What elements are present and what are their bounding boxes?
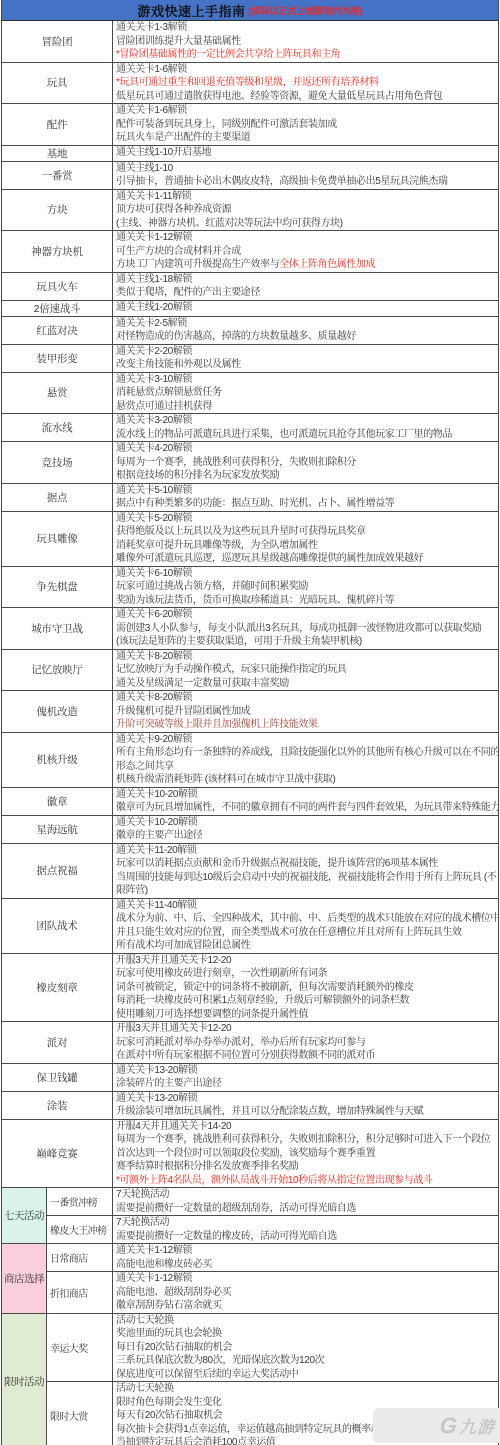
section-rows: 七天活动一番赏冲榜7天轮换活动需要提前攒好一定数量的超级刮刮券，活动可得光暗自选… (2, 1187, 498, 1445)
desc-line: 消耗悬赏点解锁悬赏任务 (113, 386, 498, 400)
desc-line: 顶方块可获得各种养成资源 (113, 203, 498, 217)
section-label: 商店选择 (2, 1244, 47, 1313)
desc-line: 需要提前攒好一定数量的超级刮刮券，活动可得光暗自选 (113, 1202, 498, 1216)
desc-line: 冒险团训练提升大量基础属性 (113, 35, 498, 49)
desc-line: 机核升级需消耗矩阵 (该材料可在城市守卫战中获取) (113, 773, 498, 787)
desc-line: 徽章刮刮券钻石富余就买 (113, 1299, 498, 1313)
desc-line: 通关关卡6-10解锁 (113, 567, 498, 581)
desc-line: 通关关卡13-20解锁 (113, 1064, 498, 1078)
table-row: 记忆放映厅通关关卡8-20解锁记忆放映厅为手动操作模式，玩家只能操作指定的玩具通… (2, 649, 498, 691)
watermark: G 九游 (373, 1408, 500, 1443)
desc-line: 每消耗一块橡皮砖可积累1点刻章经验，升级后可解锁额外的词条栏数 (113, 994, 498, 1008)
desc-line: 高能电池、超级刮刮券必买 (113, 1286, 498, 1300)
table-row: 涂装通关关卡13-20解锁升级涂装可增加玩具属性，并且可以分配涂装点数，增加特殊… (2, 1091, 498, 1119)
row-description: 开服3天并且通关关卡12-20玩家可使用橡皮砖进行刻章，一次性刷新所有词条词条可… (113, 954, 498, 1022)
row-description: 通关关卡10-20解锁徽章的主要产出途径 (113, 816, 498, 843)
desc-line: 升阶可突破等级上限并且加强傀机上阵技能效果 (113, 718, 498, 732)
section-label: 限时活动 (2, 1314, 47, 1445)
row-description: 开服3天并且通关关卡12-20玩家可消耗派对举办券举办派对，举办后所有玩家均可参… (113, 1022, 498, 1063)
subrow-description: 7天轮换活动需要提前攒好一定数量的超级刮刮券，活动可得光暗自选 (113, 1188, 498, 1215)
desc-line: 类似于爬塔，配件的产出主要途径 (113, 286, 498, 300)
table-row: 团队战术通关关卡11-40解锁战术分为前、中、后、全四种战术，其中前、中、后类型… (2, 898, 498, 953)
row-description: 通关关卡1-3解锁冒险团训练提升大量基础属性*冒险团基础属性的一定比例会共享给上… (113, 21, 498, 62)
desc-line: 开服3天并且通关关卡12-20 (113, 1022, 498, 1036)
sub-row: 幸运大奖活动七天轮换奖池里面的玩具也会轮换每日有20次钻石抽取的机会三系玩具保底… (47, 1314, 498, 1382)
row-description: 通关关卡6-10解锁玩家可通过挑战占领方格，并随时间积累奖励奖励为该玩法货币，货… (113, 567, 498, 608)
desc-line: 通关关卡3-20解锁 (113, 414, 498, 428)
table-row: 保卫钱罐通关关卡13-20解锁涂装碎片的主要产出途径 (2, 1063, 498, 1091)
row-label: 傀机改造 (2, 691, 113, 732)
row-label: 冒险团 (2, 21, 113, 62)
subrow-label: 橡皮大王冲榜 (47, 1216, 113, 1243)
subrow-label: 折扣商店 (47, 1272, 113, 1313)
table-row: 方块通关关卡1-11解锁顶方块可获得各种养成资源 (主线、神器方块机、红蓝对决等… (2, 189, 498, 231)
sub-row: 一番赏冲榜7天轮换活动需要提前攒好一定数量的超级刮刮券，活动可得光暗自选 (47, 1188, 498, 1215)
desc-line: 活动七天轮换 (113, 1314, 498, 1328)
table-row: 傀机改造通关关卡8-20解锁升级傀机可提升冒险团属性加成升阶可突破等级上限并且加… (2, 690, 498, 732)
row-label: 玩具 (2, 63, 113, 104)
row-description: 通关主线1-18解锁类似于爬塔，配件的产出主要途径 (113, 273, 498, 300)
desc-line: 限时角色每期会发生变化 (113, 1396, 498, 1410)
row-label: 方块 (2, 190, 113, 231)
desc-line: 通关关卡1-11解锁 (113, 190, 498, 204)
title-disclaimer: (实际以正式上线游戏内为准) (249, 4, 363, 17)
desc-line: 通关关卡1-12解锁 (113, 231, 498, 245)
desc-line: 悬赏点可通过挂机获得 (113, 400, 498, 414)
desc-line: 通关关卡3-10解锁 (113, 373, 498, 387)
desc-line: 流水线上的物品可派遣玩具进行采集，也可派遣玩具抢夺其他玩家工厂里的物品 (113, 428, 498, 442)
desc-line: 通关关卡1-3解锁 (113, 21, 498, 35)
subrow-label: 日常商店 (47, 1244, 113, 1271)
desc-line: 通关关卡13-20解锁 (113, 1092, 498, 1106)
page-title: 游戏快速上手指南 (137, 1, 245, 20)
desc-line: 据点中有种类繁多的功能：据点互助、时光机、占卜、属性增益等 (113, 497, 498, 511)
row-description: 通关关卡8-20解锁升级傀机可提升冒险团属性加成升阶可突破等级上限并且加强傀机上… (113, 691, 498, 732)
table-row: 流水线通关关卡3-20解锁流水线上的物品可派遣玩具进行采集，也可派遣玩具抢夺其他… (2, 413, 498, 441)
row-label: 基地 (2, 146, 113, 161)
row-description: 通关主线1-20解锁 (113, 301, 498, 316)
row-description: 通关关卡5-20解锁获得绝版及以上玩具以及为这些玩具升星时可获得玩具奖章消耗奖章… (113, 512, 498, 566)
table-row: 悬赏通关关卡3-10解锁消耗悬赏点解锁悬赏任务悬赏点可通过挂机获得 (2, 372, 498, 414)
subrow-label: 一番赏冲榜 (47, 1188, 113, 1215)
desc-line: 通关主线1-18解锁 (113, 273, 498, 287)
desc-line: 雕像外可派遣玩具巡逻，巡逻玩具星级越高雕像提供的属性加成效果越好 (113, 552, 498, 566)
row-label: 红蓝对决 (2, 317, 113, 344)
row-label: 橡皮刻章 (2, 954, 113, 1022)
row-description: 通关关卡2-20解锁改变主角技能和外观以及属性 (113, 345, 498, 372)
table-row: 红蓝对决通关关卡2-5解锁对怪物造成的伤害越高，掉落的方块数量越多、质量越好 (2, 316, 498, 344)
desc-line: 可生产方块的合成材料并合成 (113, 245, 498, 259)
desc-line: 通关关卡9-20解锁 (113, 733, 498, 747)
table-row: 巅峰竞赛开服4天并且通关关卡14-20每周为一个赛季，挑战胜利可获得积分，失败则… (2, 1119, 498, 1188)
desc-line: 玩家可以消耗据点贡献和金币升级据点祝福技能，提升该阵营的6项基本属性 (113, 857, 498, 871)
desc-line: 玩家可消耗派对举办券举办派对，举办后所有玩家均可参与 (113, 1036, 498, 1050)
section: 七天活动一番赏冲榜7天轮换活动需要提前攒好一定数量的超级刮刮券，活动可得光暗自选… (2, 1187, 498, 1243)
desc-line: 玩家可使用橡皮砖进行刻章，一次性刷新所有词条 (113, 967, 498, 981)
desc-line: 限阵营) (113, 884, 498, 898)
desc-line: 徽章的主要产出途径 (113, 829, 498, 843)
desc-line: 通关关卡6-20解锁 (113, 608, 498, 622)
desc-line: 获得绝版及以上玩具以及为这些玩具升星时可获得玩具奖章 (113, 525, 498, 539)
subrow-description: 活动七天轮换奖池里面的玩具也会轮换每日有20次钻石抽取的机会三系玩具保底次数为8… (113, 1314, 498, 1382)
desc-line: *冒险团基础属性的一定比例会共享给上阵玩具和主角 (113, 48, 498, 62)
desc-line: 当周围的技能每到达10级后会启动中央的祝福技能，祝福技能将会作用于所有上阵玩具 … (113, 871, 498, 885)
section-body: 一番赏冲榜7天轮换活动需要提前攒好一定数量的超级刮刮券，活动可得光暗自选橡皮大王… (47, 1188, 498, 1243)
desc-line: 通关关卡1-12解锁 (113, 1272, 498, 1286)
desc-line: 通关关卡11-20解锁 (113, 844, 498, 858)
desc-line: 升级涂装可增加玩具属性，并且可以分配涂装点数，增加特殊属性与天赋 (113, 1105, 498, 1119)
sub-row: 折扣商店通关关卡1-12解锁高能电池、超级刮刮券必买徽章刮刮券钻石富余就买 (47, 1271, 498, 1313)
row-label: 竞技场 (2, 442, 113, 483)
row-description: 开服4天并且通关关卡14-20每周为一个赛季，挑战胜利可获得积分，失败则扣除积分… (113, 1120, 498, 1188)
desc-line: 通关关卡5-20解锁 (113, 512, 498, 526)
row-description: 通关关卡10-20解锁徽章可为玩具增加属性，不同的徽章拥有不同的两件套与四件套效… (113, 788, 498, 815)
table-row: 一番赏通关主线1-10引导抽卡，普通抽卡必出木偶皮皮特，高级抽卡免费单抽必出5星… (2, 161, 498, 189)
row-label: 一番赏 (2, 162, 113, 189)
table-row: 2倍速战斗通关主线1-20解锁 (2, 300, 498, 316)
table-row: 橡皮刻章开服3天并且通关关卡12-20玩家可使用橡皮砖进行刻章，一次性刷新所有词… (2, 953, 498, 1022)
row-label: 派对 (2, 1022, 113, 1063)
row-description: 通关关卡1-6解锁*玩具可通过重生和回退充值等级和星级，并返还所有培养材料低星玩… (113, 63, 498, 104)
desc-line: 通关关卡1-6解锁 (113, 63, 498, 77)
row-label: 城市守卫战 (2, 608, 113, 649)
table-row: 星海远航通关关卡10-20解锁徽章的主要产出途径 (2, 815, 498, 843)
desc-line: 需创建3人小队参与，每支小队派出3名玩具，每成功抵御一波怪物进攻都可以获取奖励 (113, 622, 498, 636)
desc-line: 开服4天并且通关关卡14-20 (113, 1120, 498, 1134)
desc-line: 消耗奖章可提升玩具雕像等级，为全队增加属性 (113, 539, 498, 553)
row-description: 通关主线1-10开启基地 (113, 146, 498, 161)
row-description: 通关关卡5-10解锁据点中有种类繁多的功能：据点互助、时光机、占卜、属性增益等 (113, 484, 498, 511)
desc-line: 通关关卡1-12解锁 (113, 1244, 498, 1258)
guide-table: 游戏快速上手指南 (实际以正式上线游戏内为准) 冒险团通关关卡1-3解锁冒险团训… (1, 0, 499, 1445)
table-row: 神器方块机通关关卡1-12解锁可生产方块的合成材料并合成方块工厂内建筑可升级提高… (2, 230, 498, 272)
row-description: 通关关卡8-20解锁记忆放映厅为手动操作模式，玩家只能操作指定的玩具通关及星级满… (113, 650, 498, 691)
desc-line: 升级傀机可提升冒险团属性加成 (113, 705, 498, 719)
sub-row: 日常商店通关关卡1-12解锁高能电池和橡皮砖必买 (47, 1244, 498, 1271)
row-label: 争先棋盘 (2, 567, 113, 608)
row-label: 2倍速战斗 (2, 301, 113, 316)
row-label: 据点 (2, 484, 113, 511)
section: 商店选择日常商店通关关卡1-12解锁高能电池和橡皮砖必买折扣商店通关关卡1-12… (2, 1243, 498, 1313)
row-description: 通关关卡3-20解锁流水线上的物品可派遣玩具进行采集，也可派遣玩具抢夺其他玩家工… (113, 414, 498, 441)
row-description: 通关关卡3-10解锁消耗悬赏点解锁悬赏任务悬赏点可通过挂机获得 (113, 373, 498, 414)
table-row: 竞技场通关关卡4-20解锁每周为一个赛季，挑战胜利可获得积分，失败则扣除积分根据… (2, 441, 498, 483)
row-label: 巅峰竞赛 (2, 1120, 113, 1188)
desc-line: 通关关卡5-10解锁 (113, 484, 498, 498)
desc-line: 对怪物造成的伤害越高，掉落的方块数量越多、质量越好 (113, 330, 498, 344)
desc-line: 保底进度可以保留至后续的幸运大奖活动中 (113, 1368, 498, 1382)
subrow-description: 通关关卡1-12解锁高能电池、超级刮刮券必买徽章刮刮券钻石富余就买 (113, 1272, 498, 1313)
table-row: 玩具火车通关主线1-18解锁类似于爬塔，配件的产出主要途径 (2, 272, 498, 300)
desc-highlight: 全体上阵角色属性加成 (279, 259, 375, 270)
table-row: 城市守卫战通关关卡6-20解锁需创建3人小队参与，每支小队派出3名玩具，每成功抵… (2, 607, 498, 649)
nine-game-logo-icon: G (437, 1413, 460, 1439)
desc-line: 通关主线1-10 (113, 162, 498, 176)
desc-line: 开服3天并且通关关卡12-20 (113, 954, 498, 968)
row-label: 配件 (2, 104, 113, 145)
desc-line: 活动七天轮换 (113, 1382, 498, 1396)
desc-line: 引导抽卡，普通抽卡必出木偶皮皮特，高级抽卡免费单抽必出5星玩具浣熊杰瑞 (113, 175, 498, 189)
desc-line: 需要提前攒好一定数量的橡皮砖，活动可得光暗自选 (113, 1230, 498, 1244)
desc-line: 玩具火车是产出配件的主要渠道 (113, 131, 498, 145)
desc-line: 每日有20次钻石抽取的机会 (113, 1341, 498, 1355)
row-label: 悬赏 (2, 373, 113, 414)
table-row: 据点祝福通关关卡11-20解锁玩家可以消耗据点贡献和金币升级据点祝福技能，提升该… (2, 843, 498, 898)
desc-line: 徽章可为玩具增加属性，不同的徽章拥有不同的两件套与四件套效果，为玩具带来特殊能力 (113, 801, 498, 815)
subrow-description: 通关关卡1-12解锁高能电池和橡皮砖必买 (113, 1244, 498, 1271)
row-label: 装甲形变 (2, 345, 113, 372)
desc-segment: 方块工厂内建筑可升级提高生产效率与 (116, 259, 279, 270)
table-row: 冒险团通关关卡1-3解锁冒险团训练提升大量基础属性*冒险团基础属性的一定比例会共… (2, 21, 498, 62)
row-description: 通关关卡11-20解锁玩家可以消耗据点贡献和金币升级据点祝福技能，提升该阵营的6… (113, 844, 498, 898)
desc-line: 奖励为该玩法货币，货币可换取珍稀道具：光暗玩具、傀机碎片等 (113, 594, 498, 608)
desc-line: 方块工厂内建筑可升级提高生产效率与全体上阵角色属性加成 (113, 258, 498, 272)
desc-line: 根据竞技场的积分排名为玩家发放奖励 (113, 469, 498, 483)
desc-line: 词条可被锁定，锁定中的词条将不被刷新，但每次需要消耗额外的橡皮 (113, 981, 498, 995)
table-row: 徽章通关关卡10-20解锁徽章可为玩具增加属性，不同的徽章拥有不同的两件套与四件… (2, 787, 498, 815)
section-body: 日常商店通关关卡1-12解锁高能电池和橡皮砖必买折扣商店通关关卡1-12解锁高能… (47, 1244, 498, 1313)
row-label: 星海远航 (2, 816, 113, 843)
row-description: 通关关卡11-40解锁战术分为前、中、后、全四种战术，其中前、中、后类型的战术只… (113, 899, 498, 953)
nine-game-logo-text: 九游 (459, 1413, 495, 1438)
desc-line: 在派对中所有玩家根据不同位置可分别获得数额不同的派对币 (113, 1049, 498, 1063)
desc-line: 通关关卡1-6解锁 (113, 104, 498, 118)
desc-line: 高能电池和橡皮砖必买 (113, 1258, 498, 1272)
row-label: 据点祝福 (2, 844, 113, 898)
desc-line: 通关关卡11-40解锁 (113, 899, 498, 913)
table-row: 争先棋盘通关关卡6-10解锁玩家可通过挑战占领方格，并随时间积累奖励奖励为该玩法… (2, 566, 498, 608)
row-description: 通关关卡1-6解锁配件可装备到玩具身上，同级别配件可激活套装加成玩具火车是产出配… (113, 104, 498, 145)
desc-line: 所有主角形态均有一条独特的养成线，且除技能强化以外的其他所有核心升级可以在不同的 (113, 746, 498, 760)
subrow-label: 限时大赏 (47, 1382, 113, 1445)
table-row: 装甲形变通关关卡2-20解锁改变主角技能和外观以及属性 (2, 344, 498, 372)
row-description: 通关关卡1-11解锁顶方块可获得各种养成资源 (主线、神器方块机、红蓝对决等玩法… (113, 190, 498, 231)
row-description: 通关主线1-10引导抽卡，普通抽卡必出木偶皮皮特，高级抽卡免费单抽必出5星玩具浣… (113, 162, 498, 189)
row-label: 保卫钱罐 (2, 1064, 113, 1091)
desc-line: 玩家可通过挑战占领方格，并随时间积累奖励 (113, 580, 498, 594)
subrow-label: 幸运大奖 (47, 1314, 113, 1382)
desc-line: 通关关卡4-20解锁 (113, 442, 498, 456)
desc-line: 三系玩具保底次数为80次，光暗保底次数为120次 (113, 1354, 498, 1368)
row-description: 通关关卡13-20解锁涂装碎片的主要产出途径 (113, 1064, 498, 1091)
desc-line: 低星玩具可通过遣散获得电池、经验等资源，避免大量低星玩具占用角色背包 (113, 90, 498, 104)
desc-line: 7天轮换活动 (113, 1216, 498, 1230)
table-row: 玩具通关关卡1-6解锁*玩具可通过重生和回退充值等级和星级，并返还所有培养材料低… (2, 62, 498, 104)
desc-line: 通关关卡8-20解锁 (113, 691, 498, 705)
table-row: 基地通关主线1-10开启基地 (2, 145, 498, 161)
desc-line: (该玩法是矩阵的主要获取渠道，可用于升级主角装甲机核) (113, 635, 498, 649)
desc-line: 通关关卡2-20解锁 (113, 345, 498, 359)
desc-line: 并且只能生效对应的位置，而全类型战术可放在任意槽位并且对所有上阵玩具生效 (113, 926, 498, 940)
row-label: 记忆放映厅 (2, 650, 113, 691)
desc-line: 通关关卡10-20解锁 (113, 788, 498, 802)
desc-line: 7天轮换活动 (113, 1188, 498, 1202)
desc-line: 配件可装备到玩具身上，同级别配件可激活套装加成 (113, 118, 498, 132)
row-description: 通关关卡6-20解锁需创建3人小队参与，每支小队派出3名玩具，每成功抵御一波怪物… (113, 608, 498, 649)
sub-row: 橡皮大王冲榜7天轮换活动需要提前攒好一定数量的橡皮砖，活动可得光暗自选 (47, 1215, 498, 1243)
desc-line: 所有战术均可加成冒险团总属性 (113, 939, 498, 953)
row-label: 机核升级 (2, 733, 113, 787)
row-description: 通关关卡2-5解锁对怪物造成的伤害越高，掉落的方块数量越多、质量越好 (113, 317, 498, 344)
desc-line: (主线、神器方块机、红蓝对决等玩法中均可获得方块) (113, 217, 498, 231)
desc-line: 通关关卡10-20解锁 (113, 816, 498, 830)
desc-line: 通关关卡2-5解锁 (113, 317, 498, 331)
desc-line: 通关主线1-20解锁 (113, 301, 498, 315)
guide-sheet: 游戏快速上手指南 (实际以正式上线游戏内为准) 冒险团通关关卡1-3解锁冒险团训… (0, 0, 500, 1445)
row-label: 涂装 (2, 1092, 113, 1119)
desc-line: 通关及星级满足一定数量可获取丰富奖励 (113, 677, 498, 691)
row-label: 团队战术 (2, 899, 113, 953)
row-description: 通关关卡9-20解锁所有主角形态均有一条独特的养成线，且除技能强化以外的其他所有… (113, 733, 498, 787)
row-description: 通关关卡13-20解锁升级涂装可增加玩具属性，并且可以分配涂装点数，增加特殊属性… (113, 1092, 498, 1119)
table-row: 配件通关关卡1-6解锁配件可装备到玩具身上，同级别配件可激活套装加成玩具火车是产… (2, 103, 498, 145)
row-description: 通关关卡1-12解锁可生产方块的合成材料并合成方块工厂内建筑可升级提高生产效率与… (113, 231, 498, 272)
subrow-description: 7天轮换活动需要提前攒好一定数量的橡皮砖，活动可得光暗自选 (113, 1216, 498, 1243)
feature-rows: 冒险团通关关卡1-3解锁冒险团训练提升大量基础属性*冒险团基础属性的一定比例会共… (2, 21, 498, 1187)
desc-line: 涂装碎片的主要产出途径 (113, 1077, 498, 1091)
desc-line: 形态之间共享 (113, 760, 498, 774)
table-row: 机核升级通关关卡9-20解锁所有主角形态均有一条独特的养成线，且除技能强化以外的… (2, 732, 498, 787)
section-label: 七天活动 (2, 1188, 47, 1243)
row-label: 神器方块机 (2, 231, 113, 272)
desc-line: 改变主角技能和外观以及属性 (113, 358, 498, 372)
desc-line: *玩具可通过重生和回退充值等级和星级，并返还所有培养材料 (113, 76, 498, 90)
table-row: 据点通关关卡5-10解锁据点中有种类繁多的功能：据点互助、时光机、占卜、属性增益… (2, 483, 498, 511)
row-label: 玩具雕像 (2, 512, 113, 566)
desc-line: 赛季结算时根据积分排名发放赛季排名奖励 (113, 1160, 498, 1174)
desc-line: 每周为一个赛季，挑战胜利可获得积分，失败则扣除积分 (113, 456, 498, 470)
row-label: 流水线 (2, 414, 113, 441)
desc-line: 记忆放映厅为手动操作模式，玩家只能操作指定的玩具 (113, 663, 498, 677)
table-row: 玩具雕像通关关卡5-20解锁获得绝版及以上玩具以及为这些玩具升星时可获得玩具奖章… (2, 511, 498, 566)
table-row: 派对开服3天并且通关关卡12-20玩家可消耗派对举办券举办派对，举办后所有玩家均… (2, 1021, 498, 1063)
desc-line: 战术分为前、中、后、全四种战术，其中前、中、后类型的战术只能放在对应的战术槽位中 (113, 912, 498, 926)
desc-line: 通关主线1-10开启基地 (113, 146, 498, 160)
row-description: 通关关卡4-20解锁每周为一个赛季，挑战胜利可获得积分，失败则扣除积分根据竞技场… (113, 442, 498, 483)
row-label: 徽章 (2, 788, 113, 815)
desc-line: *可额外上阵4名队员，额外队员战斗开始10秒后将从指定位置出现参与战斗 (113, 1174, 498, 1188)
row-label: 玩具火车 (2, 273, 113, 300)
desc-line: 使用雕刻刀可选择想要调整的词条提升属性值 (113, 1008, 498, 1022)
desc-line: 每周为一个赛季，挑战胜利可获得积分，失败则扣除积分，积分足够时可进入下一个段位 (113, 1133, 498, 1147)
desc-line: 首次达到一个段位时可以领取段位奖励，该奖励每个赛季重置 (113, 1147, 498, 1161)
desc-line: 奖池里面的玩具也会轮换 (113, 1327, 498, 1341)
title-bar: 游戏快速上手指南 (实际以正式上线游戏内为准) (2, 0, 498, 21)
desc-line: 通关关卡8-20解锁 (113, 650, 498, 664)
